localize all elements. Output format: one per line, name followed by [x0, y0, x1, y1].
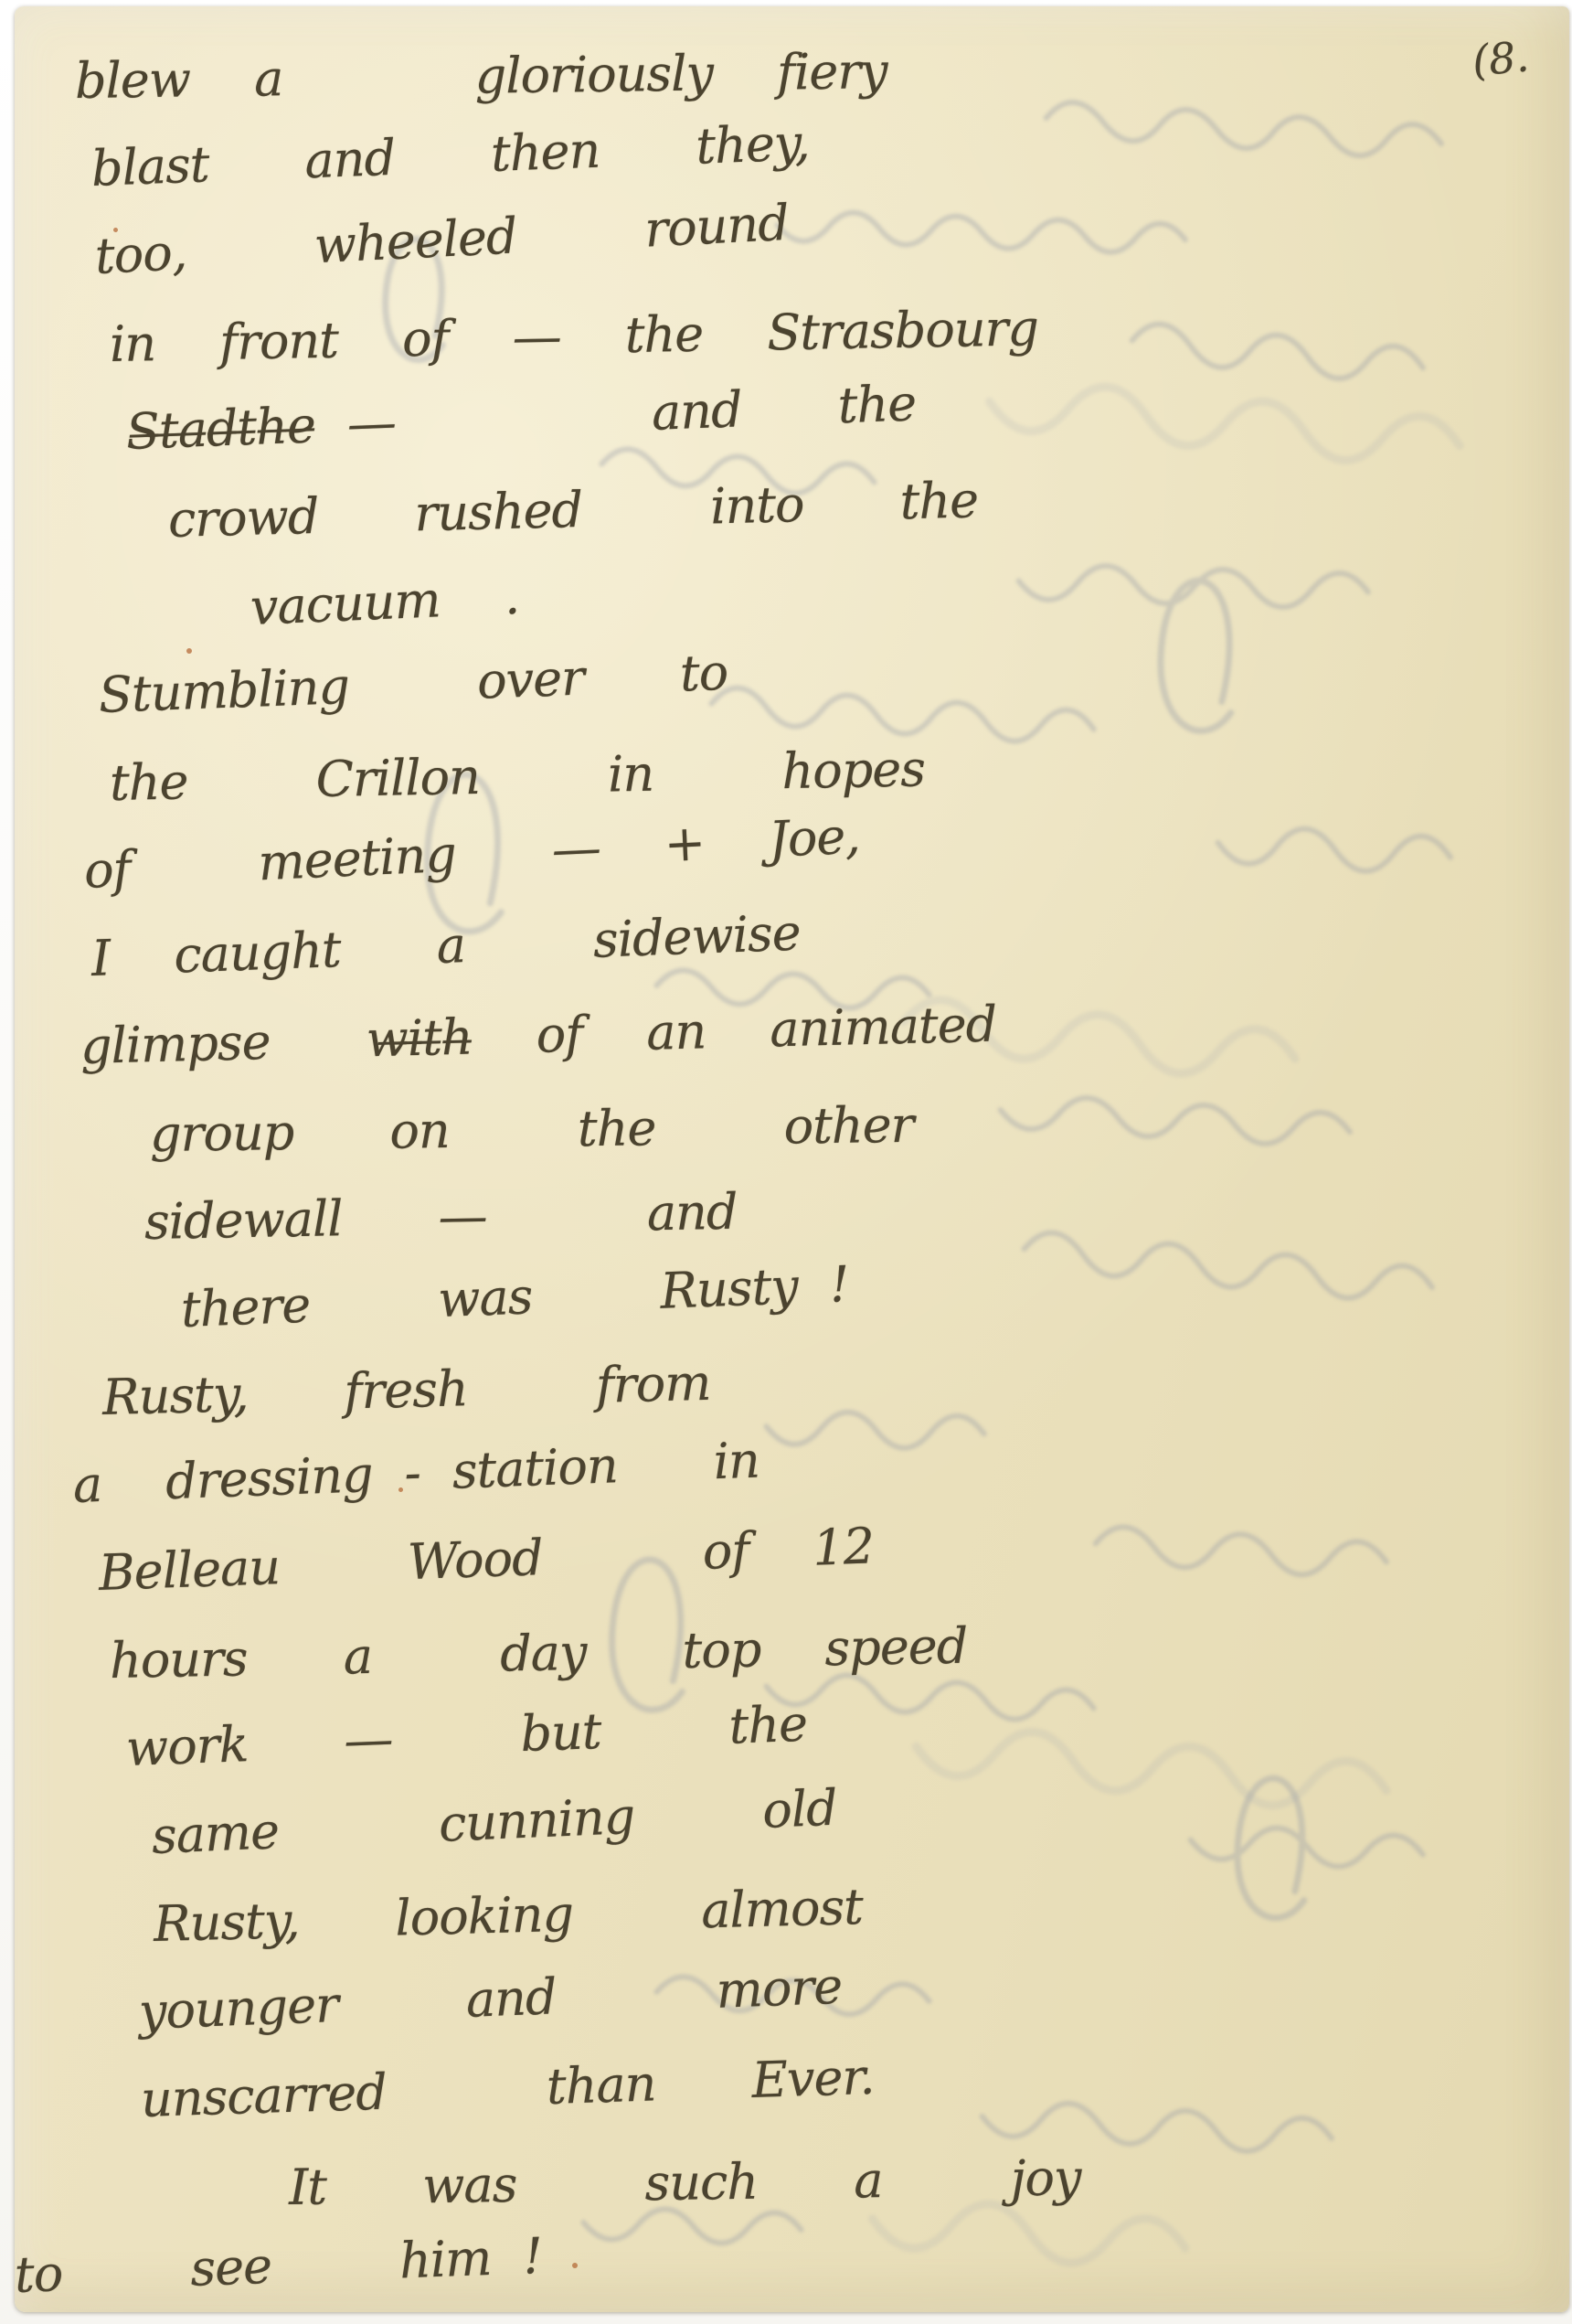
scan-background: (8. blew a gloriously fieryblast and the… — [0, 0, 1572, 2324]
letter-page: (8. blew a gloriously fieryblast and the… — [15, 6, 1569, 2312]
handwritten-text: blew a gloriously fieryblast and then th… — [15, 37, 1569, 2312]
paper-speck — [572, 2263, 578, 2268]
paper-speck — [398, 1487, 403, 1492]
paper-speck — [113, 228, 118, 232]
paper-speck — [186, 648, 192, 654]
